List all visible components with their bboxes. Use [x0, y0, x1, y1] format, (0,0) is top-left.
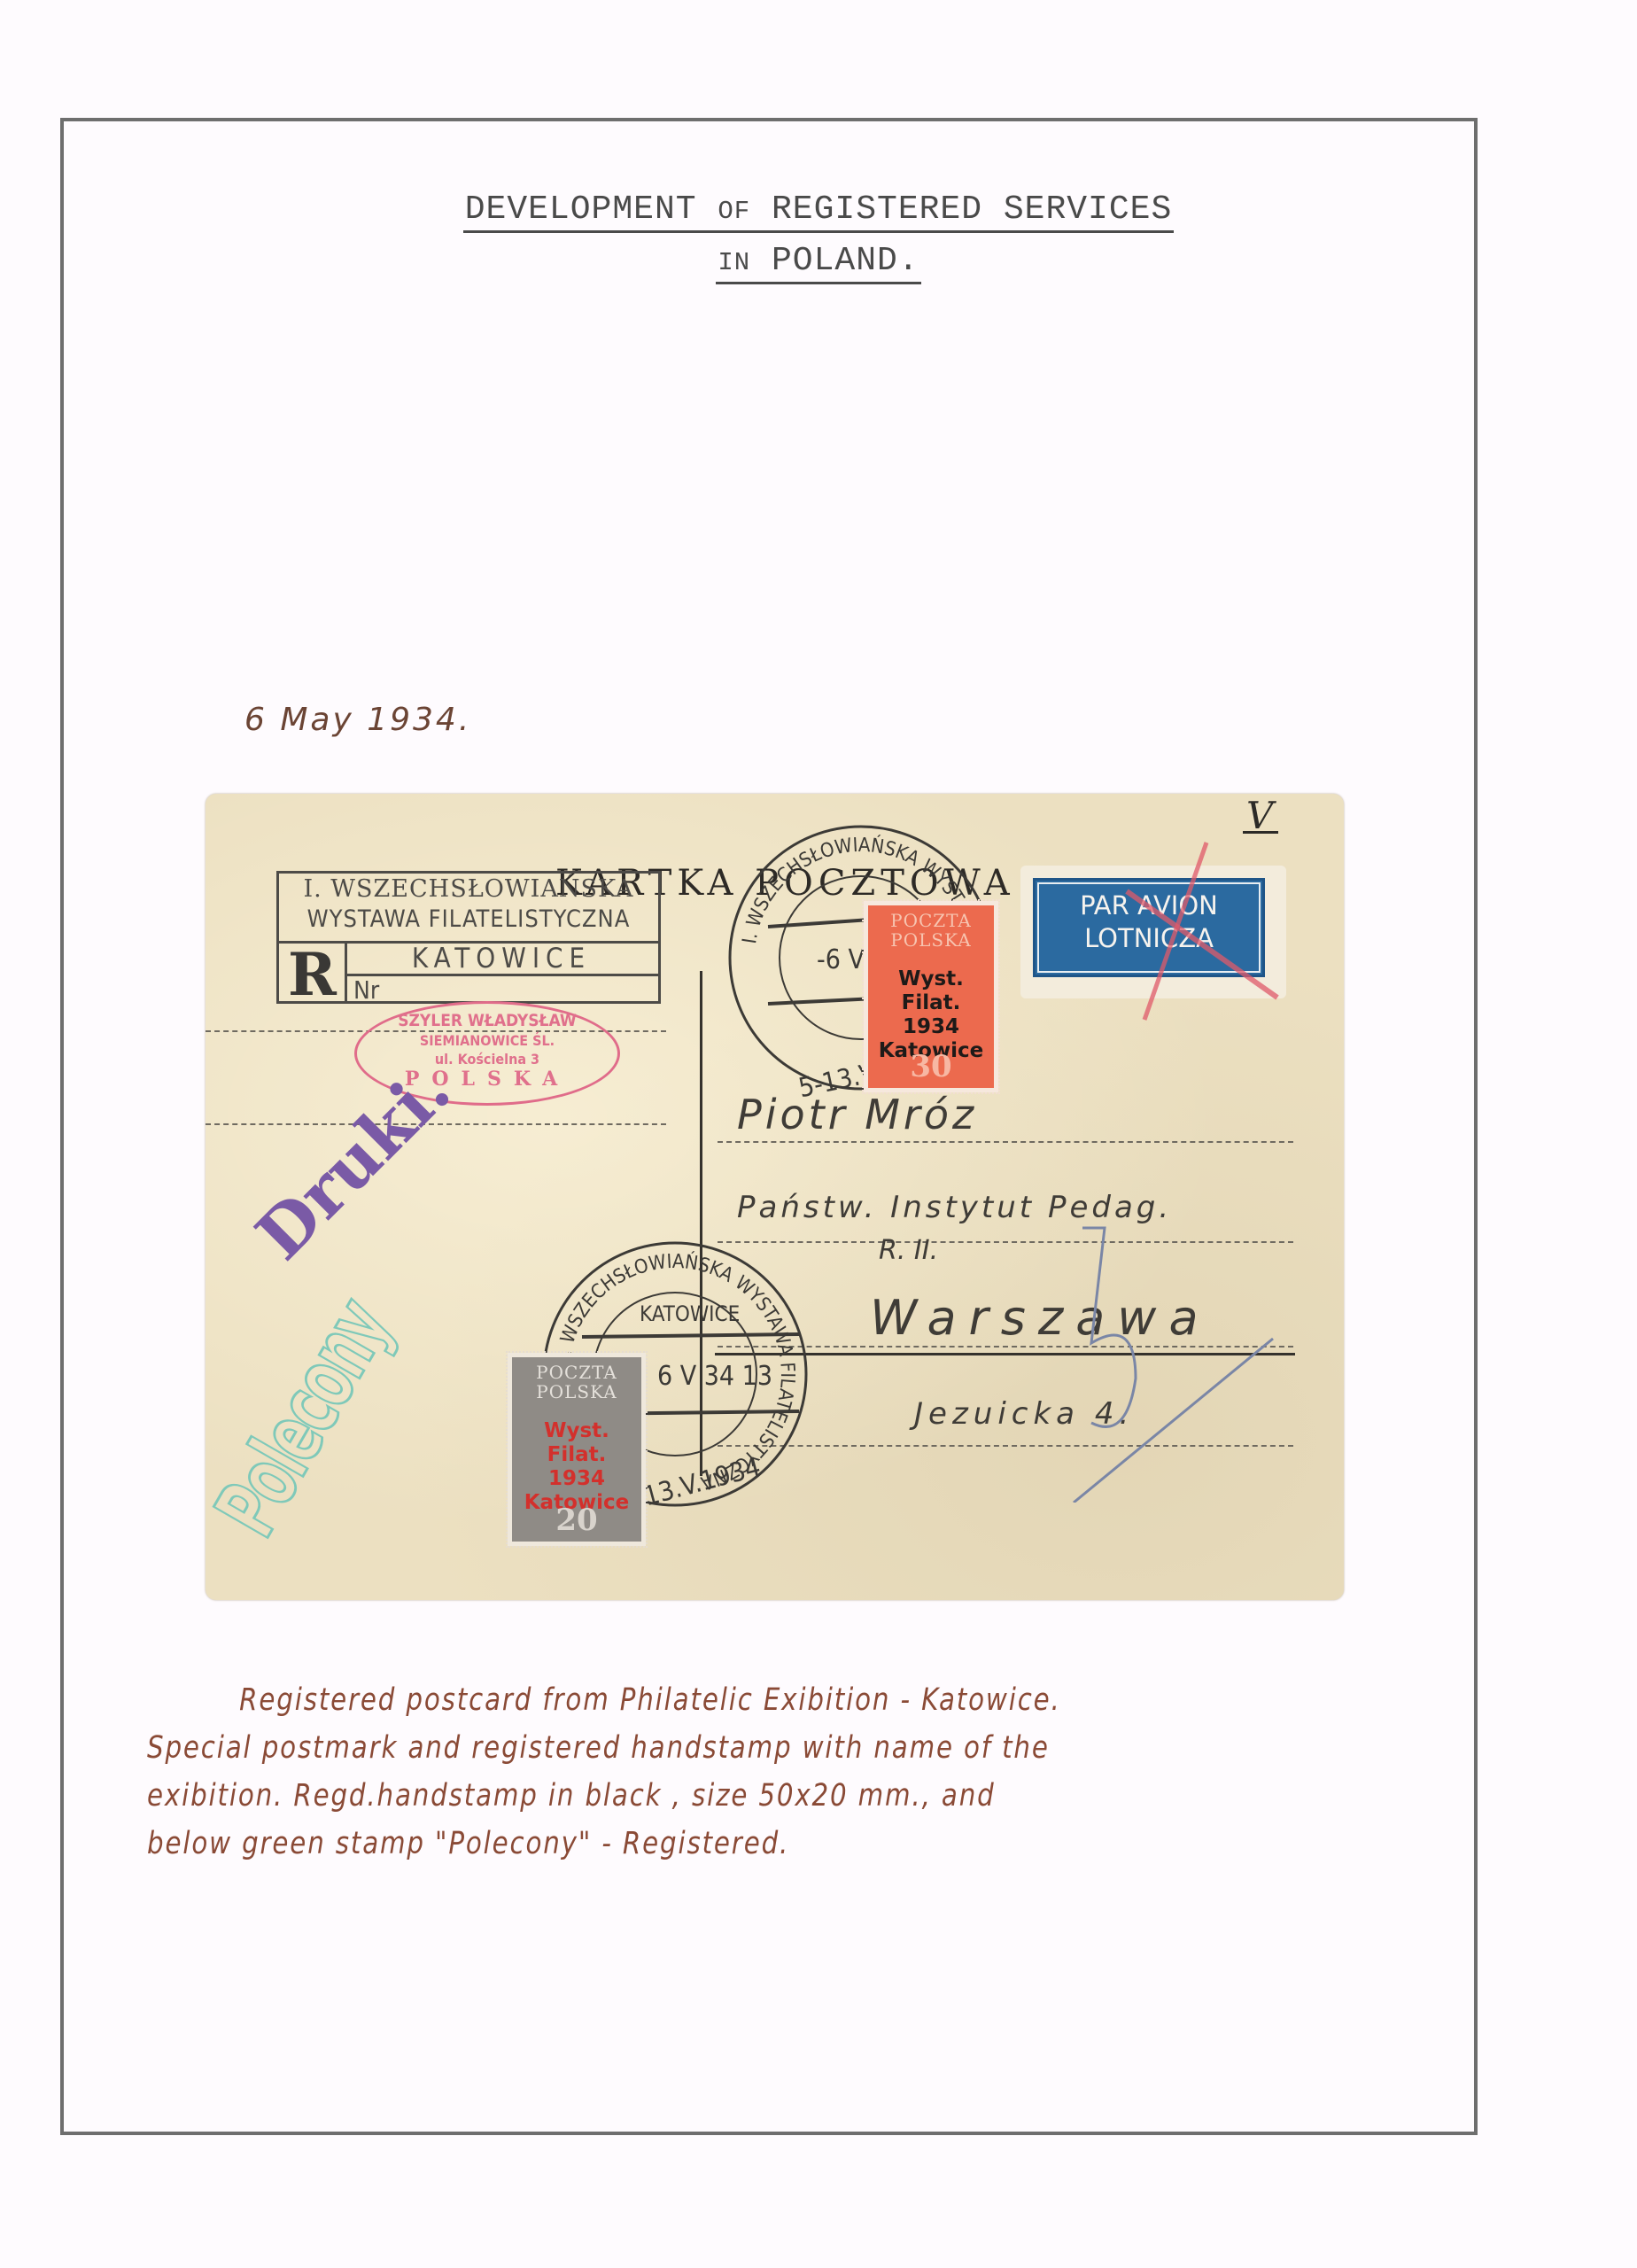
svg-text:6 V 34 13: 6 V 34 13 [657, 1361, 772, 1392]
caption: Registered postcard from Philatelic Exib… [147, 1676, 1325, 1868]
address-room: R. II. [879, 1235, 938, 1266]
corner-pencil-mark: V [1246, 794, 1273, 837]
stamp-header-polska: POLSKA [512, 1382, 641, 1402]
page-title-line1: DEVELOPMENT OF REGISTERED SERVICES [0, 190, 1637, 229]
stamp-20gr: POCZTA POLSKA Wyst. Filat. 1934 Katowice… [508, 1353, 646, 1546]
stamp-overprint: Wyst. Filat. 1934 Katowice [512, 1419, 641, 1515]
title-word-in: IN [718, 248, 750, 277]
address-name: Piotr Mróz [737, 1091, 977, 1138]
reg-letter-r: R [288, 940, 337, 1009]
stamp-header-polska: POLSKA [868, 930, 994, 950]
title-word-development: DEVELOPMENT [465, 190, 718, 229]
title-word-registered-services: REGISTERED SERVICES [750, 190, 1172, 229]
svg-text:KATOWICE: KATOWICE [640, 1301, 740, 1326]
polecony-stamp: Polecony [197, 1284, 408, 1552]
stamp-30gr: POCZTA POLSKA Wyst. Filat. 1934 Katowice… [864, 901, 998, 1092]
stamp-value: 30 [868, 1049, 994, 1084]
stamp-header-poczta: POCZTA [868, 905, 994, 930]
cover-date: 6 May 1934. [244, 702, 471, 738]
stamp-value: 20 [512, 1503, 641, 1538]
reg-line1: I. WSZECHSŁOWIAŃSKA [279, 875, 658, 903]
page-title-line2: IN POLAND. [0, 242, 1637, 280]
reg-number-label: Nr [353, 975, 379, 1005]
reg-line2: WYSTAWA FILATELISTYCZNA [279, 905, 658, 933]
caption-line2: Special postmark and registered handstam… [147, 1724, 1325, 1772]
red-pencil-cross [1074, 838, 1304, 1024]
caption-line3: exibition. Regd.handstamp in black , siz… [147, 1772, 1325, 1820]
druki-stamp: Druki. [241, 1051, 465, 1275]
stamp-header-poczta: POCZTA [512, 1357, 641, 1382]
title-word-poland: POLAND. [750, 242, 919, 280]
oval-line1: SZYLER WŁADYSŁAW [357, 1011, 617, 1030]
reg-city: KATOWICE [345, 944, 658, 976]
oval-line2: SIEMIANOWICE ŚL. [357, 1032, 617, 1049]
registration-handstamp: I. WSZECHSŁOWIAŃSKA WYSTAWA FILATELISTYC… [276, 871, 661, 1004]
address-line [718, 1141, 1293, 1143]
blue-pencil-mark [1056, 1210, 1286, 1503]
postcard: KARTKA POCZTOWA V I. WSZECHSŁOWIAŃSKA WY… [206, 794, 1344, 1600]
title-word-of: OF [718, 197, 750, 226]
caption-line4: below green stamp "Polecony" - Registere… [147, 1820, 1325, 1868]
caption-line1: Registered postcard from Philatelic Exib… [147, 1676, 1325, 1724]
